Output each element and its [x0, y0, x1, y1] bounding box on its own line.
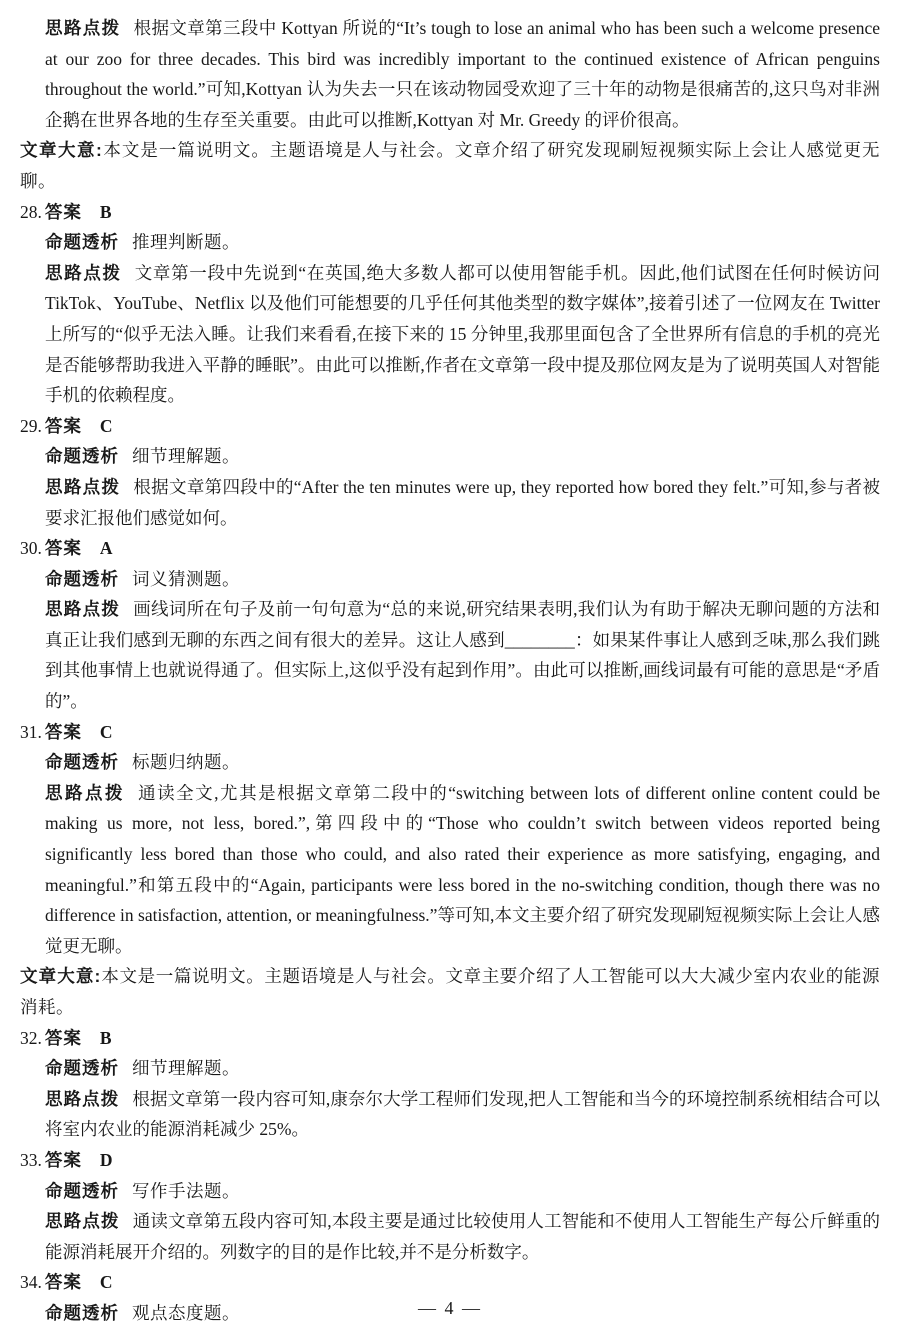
- tips-label: 思路点拨: [45, 477, 120, 497]
- question-number: 33.: [20, 1150, 42, 1170]
- tips-label: 思路点拨: [45, 263, 122, 283]
- tips-paragraph: 思路点拨通读全文,尤其是根据文章第二段中的“switching between …: [20, 778, 880, 962]
- answer-value: B: [100, 1028, 112, 1048]
- question-number: 30.: [20, 538, 42, 558]
- answer-value: C: [100, 1272, 113, 1292]
- tips-text: 通读文章第五段内容可知,本段主要是通过比较使用人工智能和不使用人工智能生产每公斤…: [45, 1211, 880, 1262]
- answer-label: 答案: [45, 538, 82, 558]
- tips-text: 根据文章第三段中 Kottyan 所说的“It’s tough to lose …: [45, 18, 880, 130]
- passage-summary: 文章大意:本文是一篇说明文。主题语境是人与社会。文章主要介绍了人工智能可以大大减…: [20, 961, 880, 1022]
- answer-entry: 33.答案D: [20, 1145, 880, 1176]
- answer-value: B: [100, 202, 112, 222]
- analysis-paragraph: 命题透析推理判断题。: [20, 227, 880, 258]
- answer-label: 答案: [45, 416, 82, 436]
- tips-text: 文章第一段中先说到“在英国,绝大多数人都可以使用智能手机。因此,他们试图在任何时…: [45, 263, 880, 405]
- summary-label: 文章大意:: [20, 140, 103, 160]
- answer-label: 答案: [45, 1028, 82, 1048]
- question-number: 28.: [20, 202, 42, 222]
- tips-label: 思路点拨: [45, 1089, 119, 1109]
- answer-value: A: [100, 538, 113, 558]
- answer-entry: 29.答案C: [20, 411, 880, 442]
- answer-entry: 30.答案A: [20, 533, 880, 564]
- analysis-label: 命题透析: [45, 752, 119, 772]
- question-number: 34.: [20, 1272, 42, 1292]
- tips-paragraph: 思路点拨文章第一段中先说到“在英国,绝大多数人都可以使用智能手机。因此,他们试图…: [20, 258, 880, 411]
- summary-text: 本文是一篇说明文。主题语境是人与社会。文章主要介绍了人工智能可以大大减少室内农业…: [20, 966, 880, 1017]
- answer-label: 答案: [45, 722, 82, 742]
- tips-paragraph: 思路点拨根据文章第三段中 Kottyan 所说的“It’s tough to l…: [20, 13, 880, 135]
- answer-entry: 32.答案B: [20, 1023, 880, 1054]
- answer-label: 答案: [45, 1150, 82, 1170]
- analysis-paragraph: 命题透析标题归纳题。: [20, 747, 880, 778]
- tips-text: 画线词所在句子及前一句句意为“总的来说,研究结果表明,我们认为有助于解决无聊问题…: [45, 599, 880, 711]
- tips-paragraph: 思路点拨根据文章第四段中的“After the ten minutes were…: [20, 472, 880, 533]
- tips-text: 根据文章第一段内容可知,康奈尔大学工程师们发现,把人工智能和当今的环境控制系统相…: [45, 1089, 880, 1140]
- summary-label: 文章大意:: [20, 966, 101, 986]
- tips-paragraph: 思路点拨通读文章第五段内容可知,本段主要是通过比较使用人工智能和不使用人工智能生…: [20, 1206, 880, 1267]
- analysis-label: 命题透析: [45, 1181, 119, 1201]
- analysis-paragraph: 命题透析词义猜测题。: [20, 564, 880, 595]
- question-number: 29.: [20, 416, 42, 436]
- tips-paragraph: 思路点拨画线词所在句子及前一句句意为“总的来说,研究结果表明,我们认为有助于解决…: [20, 594, 880, 716]
- question-number: 31.: [20, 722, 42, 742]
- answer-value: C: [100, 722, 113, 742]
- summary-text: 本文是一篇说明文。主题语境是人与社会。文章介绍了研究发现刷短视频实际上会让人感觉…: [20, 140, 880, 191]
- analysis-label: 命题透析: [45, 232, 119, 252]
- analysis-text: 细节理解题。: [132, 1058, 240, 1078]
- tips-label: 思路点拨: [45, 599, 120, 619]
- answer-entry: 28.答案B: [20, 197, 880, 228]
- answer-entry: 31.答案C: [20, 717, 880, 748]
- tips-text: 通读全文,尤其是根据文章第二段中的“switching between lots…: [45, 783, 880, 956]
- analysis-text: 词义猜测题。: [132, 569, 240, 589]
- tips-label: 思路点拨: [45, 783, 125, 803]
- tips-label: 思路点拨: [45, 1211, 120, 1231]
- analysis-text: 标题归纳题。: [132, 752, 240, 772]
- question-number: 32.: [20, 1028, 42, 1048]
- answer-value: C: [100, 416, 113, 436]
- analysis-text: 写作手法题。: [132, 1181, 240, 1201]
- answer-label: 答案: [45, 1272, 82, 1292]
- analysis-text: 推理判断题。: [132, 232, 240, 252]
- analysis-paragraph: 命题透析细节理解题。: [20, 441, 880, 472]
- tips-label: 思路点拨: [45, 18, 121, 38]
- answer-value: D: [100, 1150, 113, 1170]
- analysis-text: 细节理解题。: [132, 446, 240, 466]
- answer-key-content: 思路点拨根据文章第三段中 Kottyan 所说的“It’s tough to l…: [20, 13, 880, 1329]
- analysis-label: 命题透析: [45, 569, 119, 589]
- analysis-paragraph: 命题透析写作手法题。: [20, 1176, 880, 1207]
- tips-text: 根据文章第四段中的“After the ten minutes were up,…: [45, 477, 880, 528]
- tips-paragraph: 思路点拨根据文章第一段内容可知,康奈尔大学工程师们发现,把人工智能和当今的环境控…: [20, 1084, 880, 1145]
- analysis-label: 命题透析: [45, 1058, 119, 1078]
- analysis-paragraph: 命题透析细节理解题。: [20, 1053, 880, 1084]
- analysis-label: 命题透析: [45, 446, 119, 466]
- answer-label: 答案: [45, 202, 82, 222]
- page-number: — 4 —: [0, 1298, 900, 1319]
- passage-summary: 文章大意:本文是一篇说明文。主题语境是人与社会。文章介绍了研究发现刷短视频实际上…: [20, 135, 880, 196]
- answer-entry: 34.答案C: [20, 1267, 880, 1298]
- document-page: 思路点拨根据文章第三段中 Kottyan 所说的“It’s tough to l…: [0, 0, 900, 1333]
